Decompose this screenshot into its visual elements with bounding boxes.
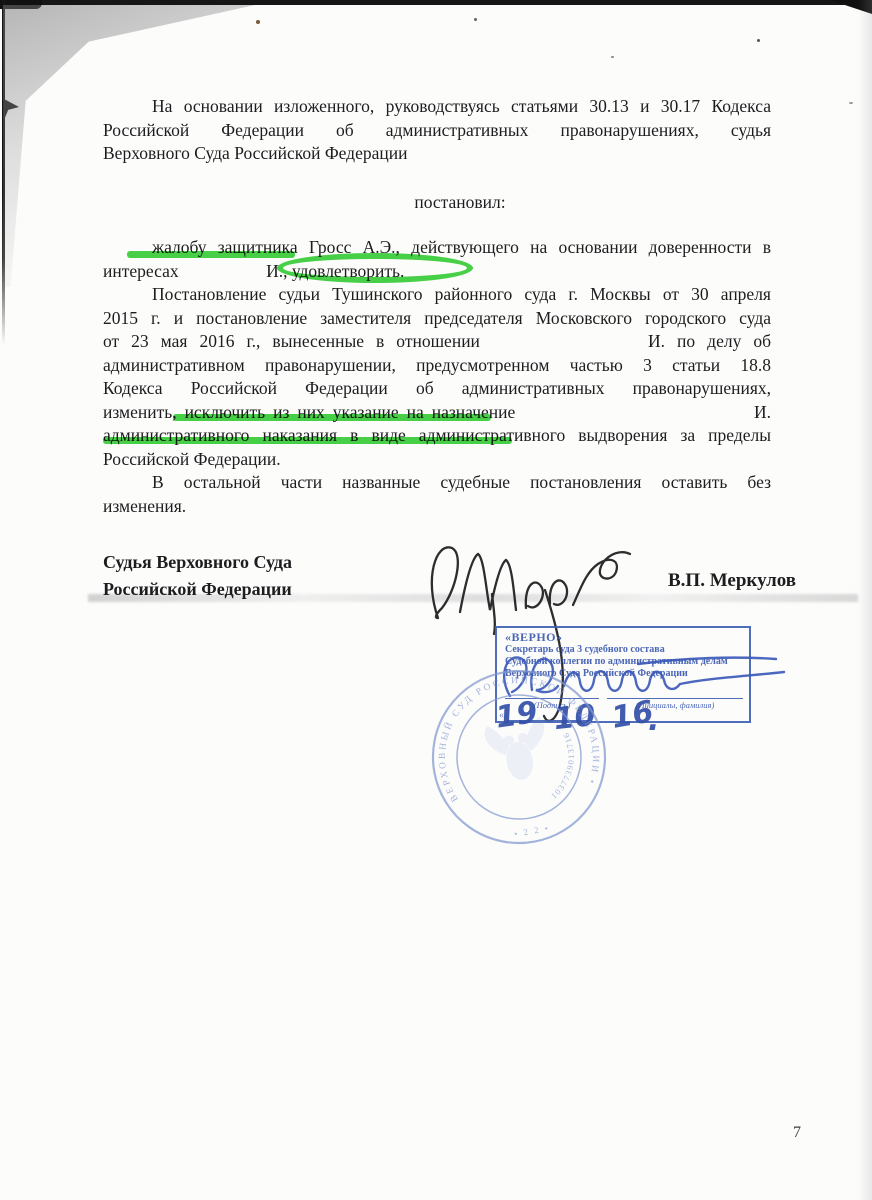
scan-speck xyxy=(611,56,614,58)
judge-title-line: Судья Верховного Суда xyxy=(103,549,403,576)
scan-speck xyxy=(256,20,260,24)
text-line: изменения. xyxy=(103,495,771,519)
text-line: Верховного Суда Российской Федерации xyxy=(103,142,771,166)
text-line: Постановление судьи Тушинского районного… xyxy=(103,283,771,307)
green-underline-complaint xyxy=(127,251,295,258)
text-line: На основании изложенного, руководствуясь… xyxy=(103,95,771,119)
seal-bottom-mark: • 2 2 • xyxy=(513,823,550,839)
judge-name: В.П. Меркулов xyxy=(668,570,818,592)
svg-text:1037739013716: 1037739013716 xyxy=(539,730,584,802)
text-line: от 23 мая 2016 г., вынесенные в отношени… xyxy=(103,330,771,354)
paragraph-rest-unchanged: В остальной части названные судебные пос… xyxy=(103,471,771,518)
scanned-court-document-page: На основании изложенного, руководствуясь… xyxy=(0,0,872,1200)
handwritten-period: . xyxy=(648,703,659,738)
scan-shadow-right-edge xyxy=(858,0,872,1200)
paragraph-legal-basis: На основании изложенного, руководствуясь… xyxy=(103,95,771,166)
text-line: административном правонарушении, предусм… xyxy=(103,354,771,378)
resolution-word: постановил: xyxy=(103,192,771,215)
green-underline-exclude xyxy=(173,414,491,421)
green-ellipse-granted xyxy=(277,253,473,283)
seal-ogrn-number: 1037739013716 xyxy=(539,730,584,802)
scan-speck xyxy=(474,18,477,21)
judge-title-line: Российской Федерации xyxy=(103,576,403,603)
text-line: Кодекса Российской Федерации об админист… xyxy=(103,377,771,401)
text-line: Российской Федерации об административных… xyxy=(103,119,771,143)
page-number: 7 xyxy=(793,1124,801,1142)
judge-title-block: Судья Верховного Суда Российской Федерац… xyxy=(103,549,403,603)
text-line: В остальной части названные судебные пос… xyxy=(103,471,771,495)
text-line: Российской Федерации. xyxy=(103,448,771,472)
seal-eagle-emblem xyxy=(483,716,552,785)
scan-speck xyxy=(757,39,760,42)
text-line: 2015 г. и постановление заместителя пред… xyxy=(103,307,771,331)
scan-speck xyxy=(849,102,853,104)
court-seal: ВЕРХОВНЫЙ СУД РОССИЙСКОЙ ФЕДЕРАЦИИ • 103… xyxy=(427,665,611,849)
scan-artifact-top-edge xyxy=(0,0,872,5)
green-underline-expulsion xyxy=(103,437,512,444)
